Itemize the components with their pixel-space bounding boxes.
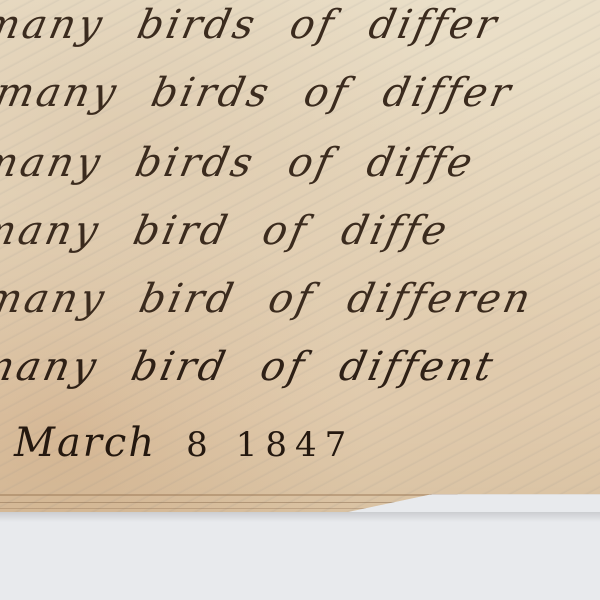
date-day: 8: [186, 425, 210, 465]
handwritten-line: manybirdsofdiffe: [0, 140, 513, 186]
word: many: [0, 70, 123, 116]
handwritten-line: manybirdofdifferen: [0, 276, 571, 322]
word: bird: [127, 344, 232, 390]
word: many: [0, 140, 107, 186]
photo-scene: manybirdsofdiffer manybirdsofdiffer many…: [0, 0, 600, 600]
word: differ: [379, 70, 518, 116]
page-shadow: [0, 512, 600, 522]
word: many: [0, 276, 111, 322]
page-edge-line: [0, 508, 600, 509]
word: differ: [365, 2, 504, 48]
word: birds: [131, 140, 259, 186]
word: many: [0, 2, 109, 48]
word: birds: [147, 70, 275, 116]
handwritten-line: manybirdofdiffent: [0, 344, 534, 390]
word: differen: [343, 276, 537, 322]
word: of: [264, 276, 319, 322]
date-year: 1847: [236, 425, 355, 465]
word: diffe: [363, 140, 479, 186]
handwritten-line: manybirdsofdiffer: [0, 2, 537, 48]
word: of: [300, 70, 355, 116]
word: of: [286, 2, 341, 48]
binding-tab: [430, 494, 458, 500]
handwritten-line: manybirdofdiffe: [0, 208, 488, 254]
handwritten-line: manybirdsofdiffer: [0, 70, 551, 116]
word: many: [0, 208, 105, 254]
manuscript-page: manybirdsofdiffer manybirdsofdiffer many…: [0, 0, 600, 512]
word: of: [256, 344, 311, 390]
word: of: [258, 208, 313, 254]
word: diffent: [335, 344, 499, 390]
word: of: [284, 140, 339, 186]
word: bird: [135, 276, 240, 322]
word: many: [0, 344, 103, 390]
word: birds: [133, 2, 261, 48]
date-month: March: [14, 420, 156, 466]
page-edge-line: [0, 502, 600, 503]
page-edge-line: [0, 494, 600, 496]
word: bird: [129, 208, 234, 254]
word: diffe: [337, 208, 453, 254]
date-line: March81847: [14, 420, 354, 466]
